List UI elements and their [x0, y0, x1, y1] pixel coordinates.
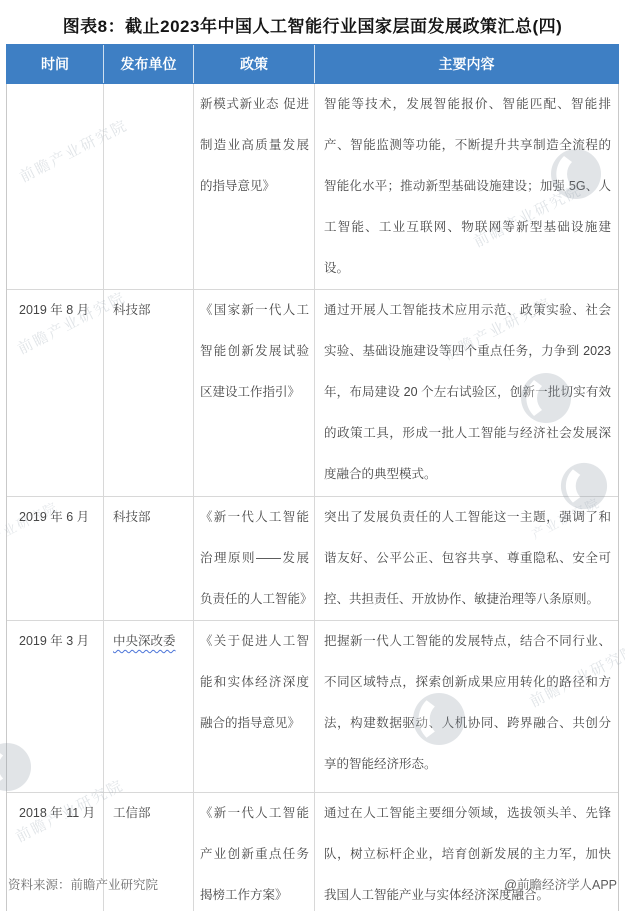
cell-policy: 《关于促进人工智能和实体经济深度融合的指导意见》 — [194, 621, 315, 792]
table-row: 2018 年 11 月 工信部 《新一代人工智能产业创新重点任务揭榜工作方案》 … — [7, 793, 618, 911]
policy-table: 时间 发布单位 政策 主要内容 新模式新业态 促进制造业高质量发展的指导意见》 … — [6, 45, 619, 911]
column-header-content: 主要内容 — [315, 45, 618, 83]
source-note: 资料来源：前瞻产业研究院 — [8, 875, 158, 893]
cell-unit — [104, 84, 194, 289]
cell-time: 2019 年 6 月 — [7, 497, 104, 620]
brand-note: @前瞻经济学人APP — [504, 875, 617, 893]
cell-policy: 《新一代人工智能治理原则——发展负责任的人工智能》 — [194, 497, 315, 620]
cell-unit: 中央深改委 — [104, 621, 194, 792]
cell-unit: 科技部 — [104, 290, 194, 496]
cell-time — [7, 84, 104, 289]
cell-policy: 《国家新一代人工智能创新发展试验区建设工作指引》 — [194, 290, 315, 496]
table-header-row: 时间 发布单位 政策 主要内容 — [6, 44, 619, 84]
report-page: 图表8：截止2023年中国人工智能行业国家层面发展政策汇总(四) 时间 发布单位… — [0, 0, 625, 911]
cell-time: 2018 年 11 月 — [7, 793, 104, 911]
table-row: 2019 年 6 月 科技部 《新一代人工智能治理原则——发展负责任的人工智能》… — [7, 497, 618, 621]
column-header-policy: 政策 — [194, 45, 315, 83]
column-header-unit: 发布单位 — [104, 45, 194, 83]
table-row: 2019 年 3 月 中央深改委 《关于促进人工智能和实体经济深度融合的指导意见… — [7, 621, 618, 793]
table-row: 2019 年 8 月 科技部 《国家新一代人工智能创新发展试验区建设工作指引》 … — [7, 290, 618, 497]
cell-unit: 科技部 — [104, 497, 194, 620]
cell-policy: 新模式新业态 促进制造业高质量发展的指导意见》 — [194, 84, 315, 289]
cell-content: 通过在人工智能主要细分领域，选拔领头羊、先锋队，树立标杆企业，培育创新发展的主力… — [315, 793, 618, 911]
cell-time: 2019 年 8 月 — [7, 290, 104, 496]
cell-content: 把握新一代人工智能的发展特点，结合不同行业、不同区域特点，探索创新成果应用转化的… — [315, 621, 618, 792]
page-title: 图表8：截止2023年中国人工智能行业国家层面发展政策汇总(四) — [0, 12, 625, 37]
table-row: 新模式新业态 促进制造业高质量发展的指导意见》 智能等技术，发展智能报价、智能匹… — [7, 84, 618, 290]
cell-unit: 工信部 — [104, 793, 194, 911]
cell-content: 突出了发展负责任的人工智能这一主题，强调了和谐友好、公平公正、包容共享、尊重隐私… — [315, 497, 618, 620]
cell-policy: 《新一代人工智能产业创新重点任务揭榜工作方案》 — [194, 793, 315, 911]
cell-time: 2019 年 3 月 — [7, 621, 104, 792]
cell-unit-text-misspell-underline: 中央深改委 — [113, 634, 176, 648]
cell-content: 智能等技术，发展智能报价、智能匹配、智能排产、智能监测等功能，不断提升共享制造全… — [315, 84, 618, 289]
cell-content: 通过开展人工智能技术应用示范、政策实验、社会实验、基础设施建设等四个重点任务，力… — [315, 290, 618, 496]
column-header-time: 时间 — [7, 45, 104, 83]
